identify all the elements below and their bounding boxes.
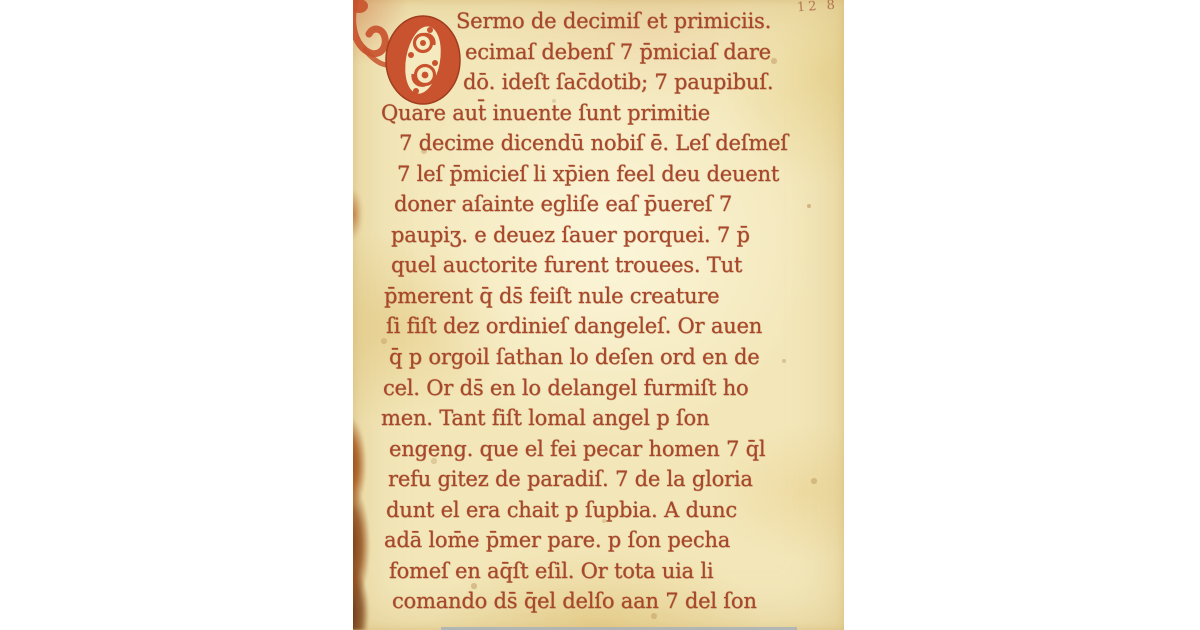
text-line: q̄ p orgoil ſathan lo deſen ord en de xyxy=(353,342,844,373)
text-line: paupiʒ. e deuez ſauer porquei. 7 p̄ xyxy=(353,220,844,251)
text-line: 7 decime dicendū nobiſ ē. Leſ deſmeſ xyxy=(353,128,844,159)
text-line: quel auctorite furent trouees. Tut xyxy=(353,250,844,281)
text-line: engeng. que el fei pecar homen 7 q̄l xyxy=(353,434,844,465)
text-line: ecimaſ debenſ 7 p̄miciaſ dare xyxy=(353,37,844,68)
text-line: fomeſ en aq̄ſt eſil. Or tota uia li xyxy=(353,556,844,587)
text-block: Sermo de decimiſ et primiciis.ecimaſ deb… xyxy=(353,6,844,617)
text-line: Quare aut̄ inuente ſunt primitie xyxy=(353,98,844,129)
text-line: ſi fiſt dez ordinieſ dangeleſ. Or auen xyxy=(353,311,844,342)
manuscript-page: Sermo de decimiſ et primiciis.ecimaſ deb… xyxy=(353,0,844,630)
text-line: p̄merent q̄ ds̄ feiſt nule creature xyxy=(353,281,844,312)
text-line: refu gitez de paradiſ. 7 de la gloria xyxy=(353,464,844,495)
text-line: doner aſainte egliſe eaſ p̄uereſ 7 xyxy=(353,189,844,220)
page: Sermo de decimiſ et primiciis.ecimaſ deb… xyxy=(0,0,1200,630)
text-line: adā lom̄e p̄mer pare. p ſon pecha xyxy=(353,525,844,556)
text-line: comando ds̄ q̄el delſo aan 7 del ſon xyxy=(353,586,844,617)
text-line: dunt el era chait p ſupbia. A dunc xyxy=(353,495,844,526)
text-line: 7 leſ p̄micieſ li xp̄ien feel deu deuent xyxy=(353,159,844,190)
text-line: dō. ideſt ſac̄dotib; 7 paupibuſ. xyxy=(353,67,844,98)
text-line: men. Tant fiſt lomal angel p ſon xyxy=(353,403,844,434)
text-line: Sermo de decimiſ et primiciis. xyxy=(353,6,844,37)
text-line: cel. Or ds̄ en lo delangel furmiſt ho xyxy=(353,373,844,404)
